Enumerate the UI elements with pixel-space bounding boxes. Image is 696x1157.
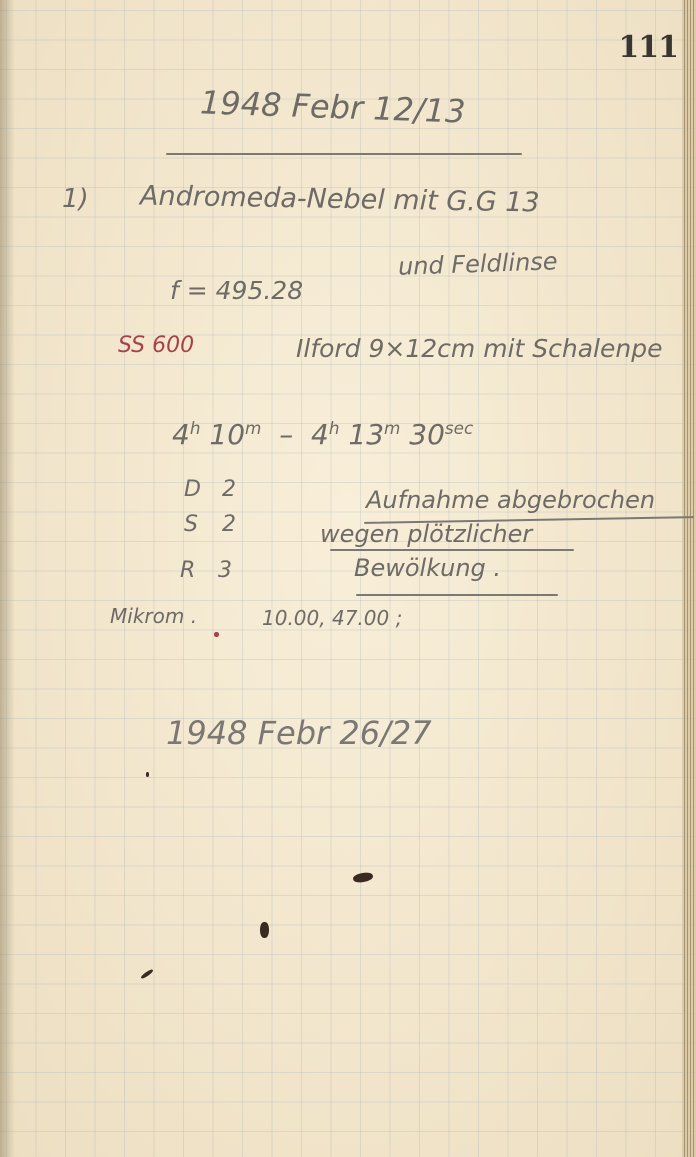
end-minute: 13 (348, 418, 384, 451)
start-hour: 4 (172, 418, 190, 451)
binding-gutter (0, 0, 14, 1157)
page-edges (682, 0, 696, 1157)
ink-speck (260, 922, 269, 938)
micrometer-values: 10.00, 47.00 ; (262, 606, 402, 630)
condition-label: D (184, 477, 201, 502)
condition-label: S (184, 512, 198, 537)
note-line: Bewölkung . (354, 554, 501, 582)
item-number: 1) (62, 184, 89, 214)
ink-speck (146, 772, 149, 777)
ink-speck (352, 871, 373, 883)
note-underline (330, 549, 574, 551)
end-second: 30 (409, 418, 445, 451)
note-line: wegen plötzlicher (320, 520, 532, 548)
page-number: 111 (618, 30, 678, 65)
start-minute: 10 (209, 418, 245, 451)
exposure-time: 4h 10m – 4h 13m 30sec (172, 418, 473, 451)
note-underline (356, 594, 558, 596)
ink-speck (140, 968, 154, 979)
entry-date-heading-2: 1948 Febr 26/27 (166, 714, 432, 752)
red-ink-dot (214, 632, 219, 637)
object-description: Andromeda-Nebel mit G.G 13 (140, 181, 540, 219)
note-line: Aufnahme abgebrochen (366, 486, 655, 514)
plate-description: Ilford 9×12cm mit Schalenpe (296, 334, 662, 363)
condition-value: 3 (218, 558, 232, 583)
time-dash: – (279, 418, 293, 451)
end-hour: 4 (311, 418, 329, 451)
notebook-page: 111 1948 Febr 12/13 1) Andromeda-Nebel m… (0, 0, 696, 1157)
entry-date-heading: 1948 Febr 12/13 (199, 83, 466, 130)
object-description-cont: und Feldlinse (398, 247, 558, 281)
plate-id: SS 600 (118, 333, 194, 358)
condition-label: R (180, 558, 195, 583)
micrometer-label: Mikrom . (110, 604, 197, 628)
date-underline (166, 153, 522, 155)
condition-value: 2 (222, 512, 236, 537)
condition-value: 2 (222, 477, 236, 502)
focal-length: f = 495.28 (170, 276, 303, 305)
